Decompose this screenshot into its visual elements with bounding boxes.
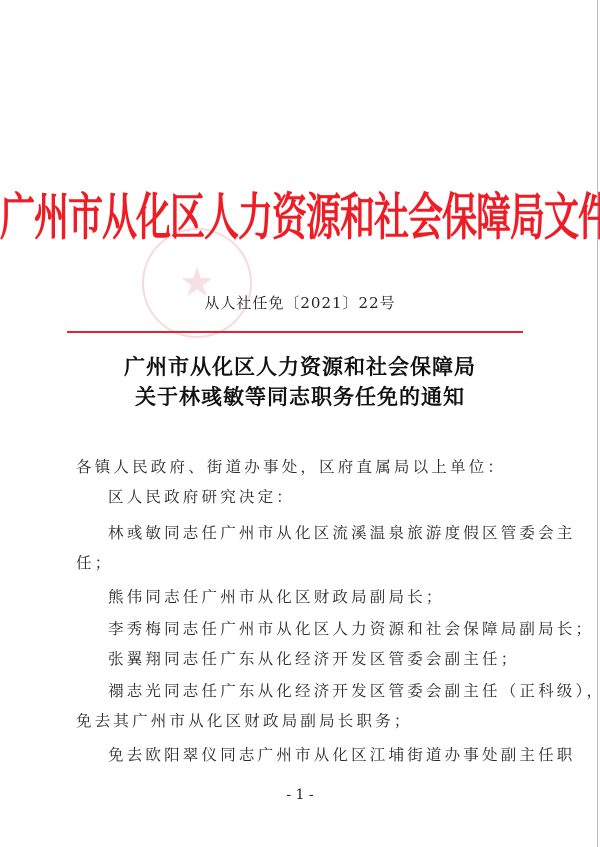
document-header-title: 广州市从化区人力资源和社会保障局文件 — [0, 178, 600, 251]
notice-title: 广州市从化区人力资源和社会保障局 关于林彧敏等同志职务任免的通知 — [0, 352, 600, 412]
notice-body: 各镇人民政府、街道办事处，区府直属局以上单位： 区人民政府研究决定： 林彧敏同志… — [76, 452, 534, 770]
document-number: 从人社任免〔2021〕22号 — [0, 292, 600, 313]
page-edge — [597, 0, 598, 847]
notice-title-line-1: 广州市从化区人力资源和社会保障局 — [0, 352, 600, 382]
appointment-paragraph-2: 熊伟同志任广州市从化区财政局副局长； — [76, 582, 534, 612]
addressee: 各镇人民政府、街道办事处，区府直属局以上单位： — [76, 452, 534, 482]
appointment-paragraph-5-cont: 免去其广州市从化区财政局副局长职务； — [76, 706, 534, 736]
removal-paragraph-6: 免去欧阳翠仪同志广州市从化区江埔街道办事处副主任职 — [76, 740, 534, 770]
appointment-paragraph-3: 李秀梅同志任广州市从化区人力资源和社会保障局副局长； — [76, 614, 534, 644]
appointment-paragraph-5: 禤志光同志任广东从化经济开发区管委会副主任（正科级）， — [76, 676, 534, 706]
appointment-paragraph-4: 张翼翔同志任广东从化经济开发区管委会副主任； — [76, 644, 534, 674]
notice-title-line-2: 关于林彧敏等同志职务任免的通知 — [0, 382, 600, 412]
appointment-paragraph-1-cont: 任； — [76, 548, 534, 578]
red-divider-rule — [67, 331, 523, 333]
intro-paragraph: 区人民政府研究决定： — [76, 482, 534, 512]
appointment-paragraph-1: 林彧敏同志任广州市从化区流溪温泉旅游度假区管委会主 — [76, 518, 534, 548]
page-number: - 1 - — [0, 787, 600, 803]
